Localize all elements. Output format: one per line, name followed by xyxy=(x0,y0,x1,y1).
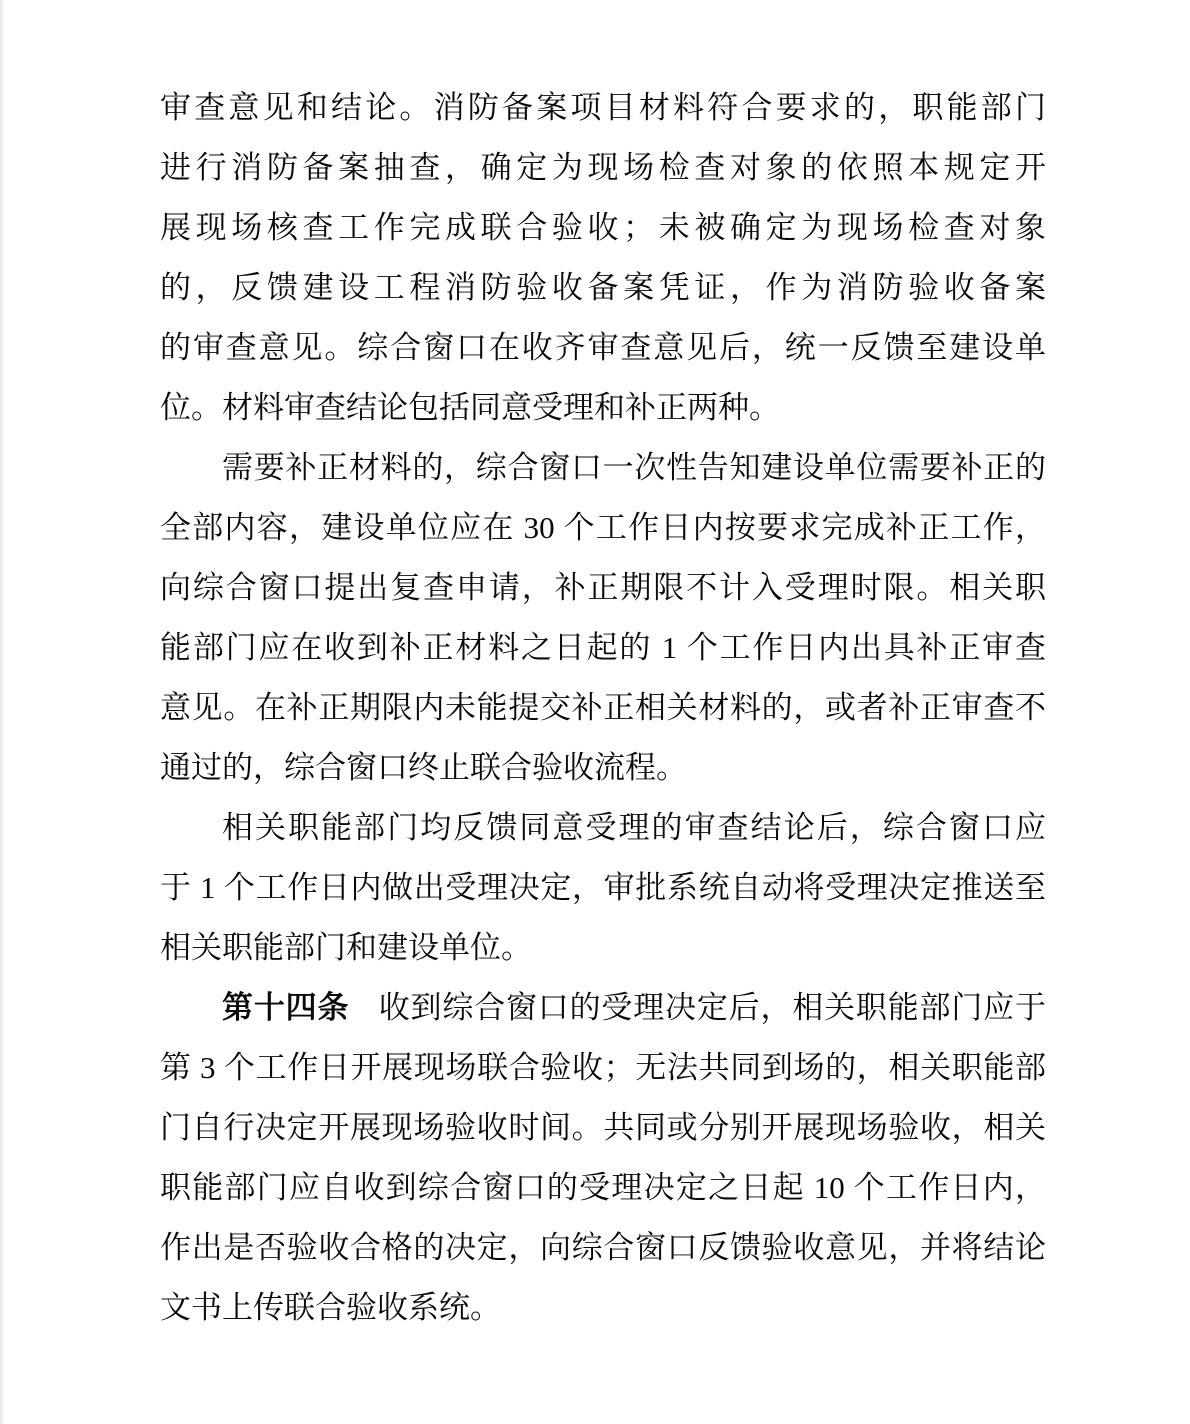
text-line: 职能部门应自收到综合窗口的受理决定之日起 10 个工作日内， xyxy=(160,1158,1046,1218)
text-line: 进行消防备案抽查，确定为现场检查对象的依照本规定开 xyxy=(160,138,1046,198)
text-line: 审查意见和结论。消防备案项目材料符合要求的，职能部门 xyxy=(160,78,1046,138)
text-line: 的审查意见。综合窗口在收齐审查意见后，统一反馈至建设单 xyxy=(160,318,1046,378)
text-line: 位。材料审查结论包括同意受理和补正两种。 xyxy=(160,378,1046,438)
text-line: 第十四条收到综合窗口的受理决定后，相关职能部门应于 xyxy=(160,978,1046,1038)
text-line: 作出是否验收合格的决定，向综合窗口反馈验收意见，并将结论 xyxy=(160,1218,1046,1278)
text-line: 向综合窗口提出复查申请，补正期限不计入受理时限。相关职 xyxy=(160,558,1046,618)
text-line: 门自行决定开展现场验收时间。共同或分别开展现场验收，相关 xyxy=(160,1098,1046,1158)
text-line: 能部门应在收到补正材料之日起的 1 个工作日内出具补正审查 xyxy=(160,618,1046,678)
text-line: 需要补正材料的，综合窗口一次性告知建设单位需要补正的 xyxy=(160,438,1046,498)
scan-edge-line xyxy=(0,0,3,1424)
text-line: 于 1 个工作日内做出受理决定，审批系统自动将受理决定推送至 xyxy=(160,858,1046,918)
text-line: 全部内容，建设单位应在 30 个工作日内按要求完成补正工作， xyxy=(160,498,1046,558)
text-line: 相关职能部门均反馈同意受理的审查结论后，综合窗口应 xyxy=(160,798,1046,858)
text-line: 第 3 个工作日开展现场联合验收；无法共同到场的，相关职能部 xyxy=(160,1038,1046,1098)
text-line: 通过的，综合窗口终止联合验收流程。 xyxy=(160,738,1046,798)
text-line: 文书上传联合验收系统。 xyxy=(160,1278,1046,1338)
text-line: 意见。在补正期限内未能提交补正相关材料的，或者补正审查不 xyxy=(160,678,1046,738)
text-line: 展现场核查工作完成联合验收；未被确定为现场检查对象 xyxy=(160,198,1046,258)
article-14-heading: 第十四条 xyxy=(222,990,349,1025)
text-line: 的，反馈建设工程消防验收备案凭证，作为消防验收备案 xyxy=(160,258,1046,318)
document-text-block: 审查意见和结论。消防备案项目材料符合要求的，职能部门 进行消防备案抽查，确定为现… xyxy=(160,78,1046,1338)
article-14-text: 收到综合窗口的受理决定后，相关职能部门应于 xyxy=(379,990,1046,1025)
text-line: 相关职能部门和建设单位。 xyxy=(160,918,1046,978)
document-page: 审查意见和结论。消防备案项目材料符合要求的，职能部门 进行消防备案抽查，确定为现… xyxy=(0,0,1190,1424)
